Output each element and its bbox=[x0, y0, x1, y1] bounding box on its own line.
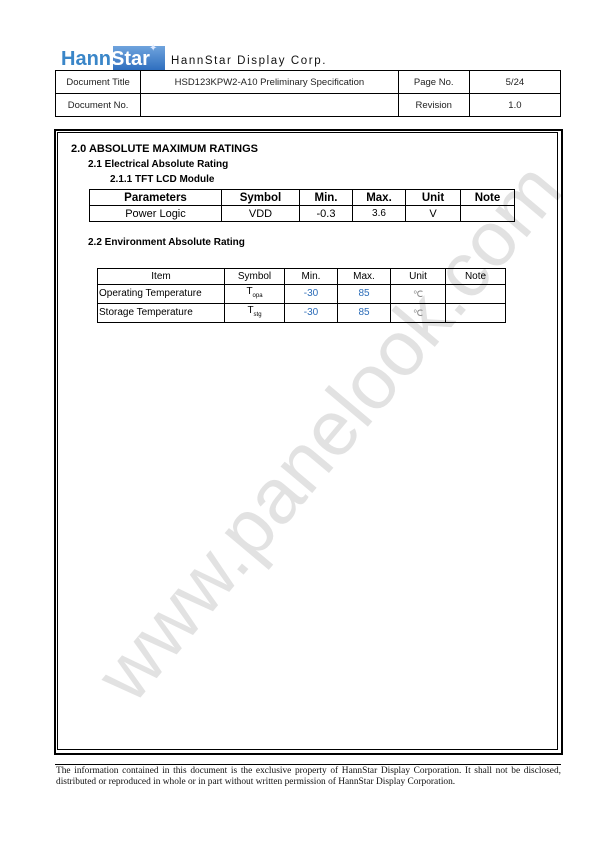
cell: 85 bbox=[338, 285, 391, 304]
footer-divider bbox=[55, 764, 561, 765]
col-header: Note bbox=[446, 269, 506, 285]
page-no-label: Page No. bbox=[398, 71, 469, 94]
subsection-heading: 2.1 Electrical Absolute Rating bbox=[88, 159, 228, 170]
company-name: HannStar Display Corp. bbox=[171, 55, 327, 67]
col-header: Min. bbox=[285, 269, 338, 285]
col-header: Item bbox=[98, 269, 225, 285]
table-header-row: Parameters Symbol Min. Max. Unit Note bbox=[90, 190, 515, 206]
symbol-subscript: opa bbox=[253, 293, 263, 299]
revision-label: Revision bbox=[398, 94, 469, 117]
cell: 3.6 bbox=[353, 206, 406, 222]
cell: -30 bbox=[285, 304, 338, 323]
cell: -30 bbox=[285, 285, 338, 304]
cell: VDD bbox=[222, 206, 300, 222]
cell: Power Logic bbox=[90, 206, 222, 222]
doc-no-value bbox=[141, 94, 399, 117]
revision-value: 1.0 bbox=[469, 94, 560, 117]
header-row: Document Title HSD123KPW2-A10 Preliminar… bbox=[56, 71, 561, 94]
header-row: Document No. Revision 1.0 bbox=[56, 94, 561, 117]
cell: 85 bbox=[338, 304, 391, 323]
doc-no-label: Document No. bbox=[56, 94, 141, 117]
cell: Topa bbox=[225, 285, 285, 304]
logo-text: HannStar bbox=[61, 48, 150, 70]
subsubsection-heading: 2.1.1 TFT LCD Module bbox=[110, 174, 214, 185]
cell: V bbox=[406, 206, 461, 222]
page-no-value: 5/24 bbox=[469, 71, 560, 94]
col-header: Min. bbox=[300, 190, 353, 206]
cell: ℃ bbox=[391, 304, 446, 323]
electrical-rating-table: Parameters Symbol Min. Max. Unit Note Po… bbox=[89, 189, 515, 222]
subsection-heading: 2.2 Environment Absolute Rating bbox=[88, 237, 245, 248]
document-header-table: Document Title HSD123KPW2-A10 Preliminar… bbox=[55, 70, 561, 117]
col-header: Unit bbox=[406, 190, 461, 206]
table-header-row: Item Symbol Min. Max. Unit Note bbox=[98, 269, 506, 285]
col-header: Symbol bbox=[225, 269, 285, 285]
col-header: Symbol bbox=[222, 190, 300, 206]
doc-title-label: Document Title bbox=[56, 71, 141, 94]
symbol-subscript: stg bbox=[254, 312, 262, 318]
col-header: Unit bbox=[391, 269, 446, 285]
col-header: Parameters bbox=[90, 190, 222, 206]
table-row: Power Logic VDD -0.3 3.6 V bbox=[90, 206, 515, 222]
table-row: Operating Temperature Topa -30 85 ℃ bbox=[98, 285, 506, 304]
col-header: Note bbox=[461, 190, 515, 206]
col-header: Max. bbox=[338, 269, 391, 285]
section-heading: 2.0 ABSOLUTE MAXIMUM RATINGS bbox=[71, 143, 258, 155]
sparkle-icon: ✦ bbox=[149, 44, 157, 54]
environment-rating-table: Item Symbol Min. Max. Unit Note Operatin… bbox=[97, 268, 506, 323]
col-header: Max. bbox=[353, 190, 406, 206]
cell: -0.3 bbox=[300, 206, 353, 222]
table-row: Storage Temperature Tstg -30 85 ℃ bbox=[98, 304, 506, 323]
footer-disclaimer: The information contained in this docume… bbox=[56, 766, 561, 788]
cell: Tstg bbox=[225, 304, 285, 323]
cell: Storage Temperature bbox=[98, 304, 225, 323]
content-frame-inner bbox=[57, 132, 558, 750]
hannstar-logo: HannStar ✦ bbox=[61, 46, 165, 70]
cell: Operating Temperature bbox=[98, 285, 225, 304]
cell bbox=[446, 304, 506, 323]
cell: ℃ bbox=[391, 285, 446, 304]
doc-title-value: HSD123KPW2-A10 Preliminary Specification bbox=[141, 71, 399, 94]
cell bbox=[446, 285, 506, 304]
cell bbox=[461, 206, 515, 222]
